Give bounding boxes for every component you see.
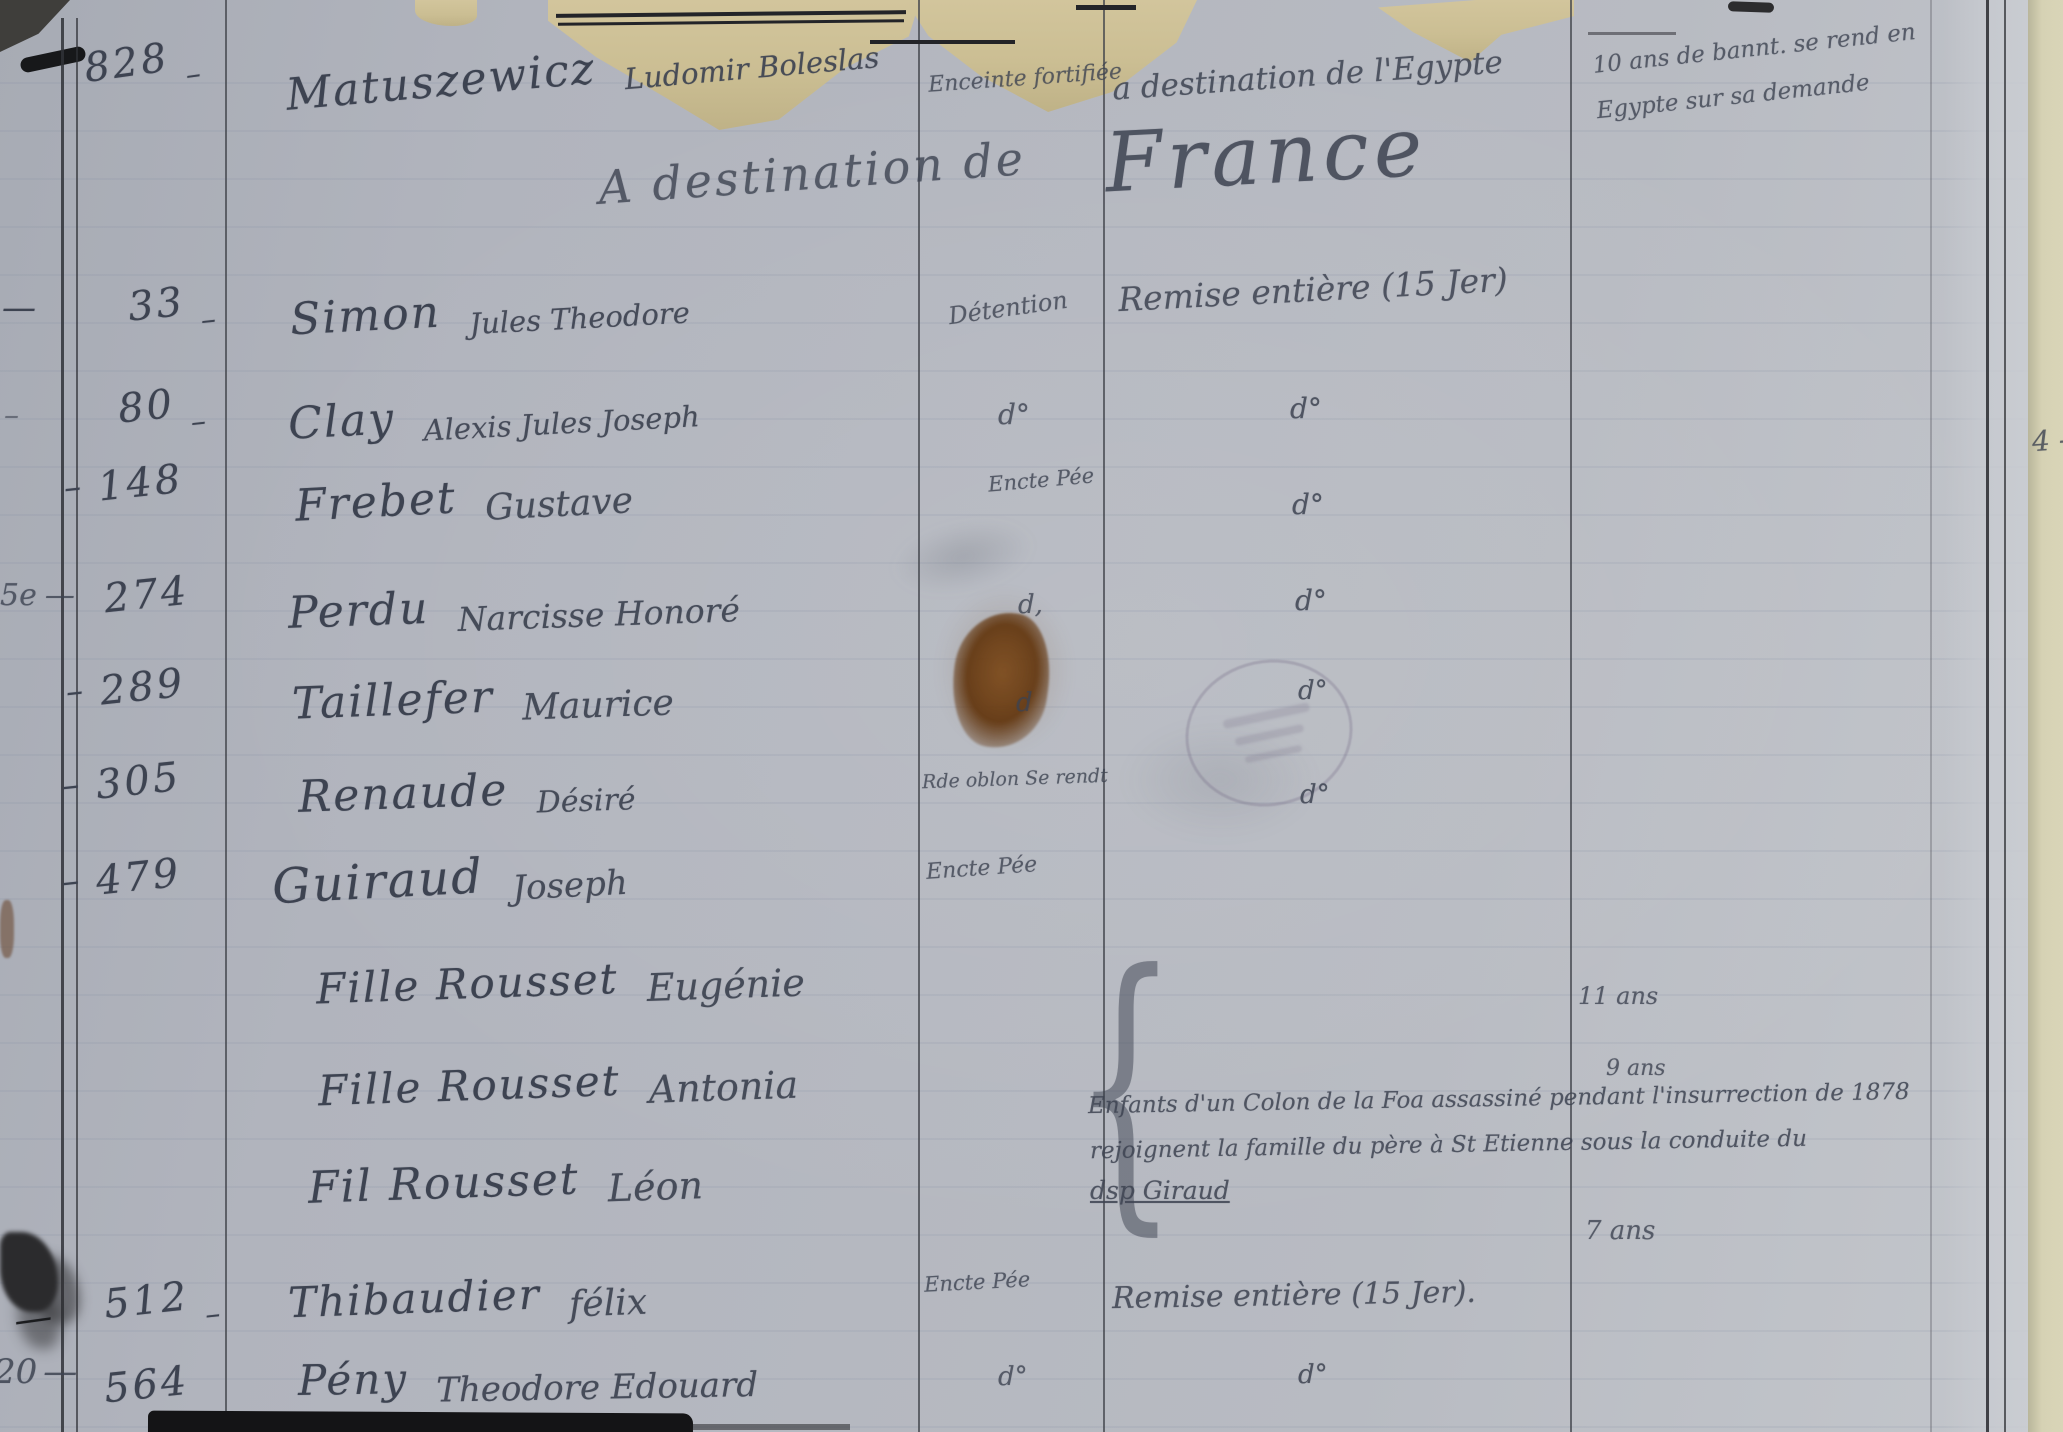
decision-cell: d° (1300, 780, 1330, 810)
heading-text: A destination de (597, 131, 1028, 215)
decision-cell: d° (1298, 676, 1328, 706)
sentence-text: Encte Pée (925, 852, 1038, 885)
family-note-line: dsp Giraud (1090, 1176, 1230, 1205)
column-rule (76, 18, 78, 1432)
margin-note-text: 20 (0, 1352, 37, 1392)
section-heading-country: France (1103, 100, 1430, 212)
entry-number: 512 (102, 1273, 192, 1328)
child-designation-surname: Fille Rousset (315, 954, 619, 1014)
sentence-cell: d° (998, 1362, 1028, 1392)
child-designation-surname: Fil Rousset (307, 1153, 580, 1213)
decision-cell: d° (1292, 488, 1324, 521)
sentence-cell: Encte Pée (987, 463, 1095, 496)
sentence-cell: Détention (947, 286, 1070, 330)
dash-mark: – (4, 398, 19, 433)
column-rule (61, 18, 64, 1432)
column-rule (2004, 0, 2006, 1432)
surname: Simon (289, 287, 442, 346)
table-row-name: Fille RoussetAntonia (317, 1050, 798, 1116)
dash-mark: – (199, 301, 221, 338)
decision-cell: Remise entière (15 Jer). (1112, 1275, 1477, 1316)
dark-corner-shadow (0, 0, 70, 52)
dark-edge-blob (1728, 1, 1774, 13)
heading-country-text: France (1103, 100, 1430, 212)
age-text: 7 ans (1585, 1216, 1655, 1246)
family-note-text: dsp Giraud (1090, 1176, 1230, 1205)
table-row-name: PényTheodore Edouard (298, 1348, 759, 1405)
margin-dash: – (4, 398, 19, 433)
bottom-black-bar (148, 1411, 693, 1432)
dash-mark: – (183, 56, 206, 93)
table-row-name: PerduNarcisse Honoré (287, 572, 740, 639)
age-note: 11 ans (1578, 982, 1658, 1010)
sentence-text: d, (1018, 590, 1043, 620)
underlying-page-strip (2028, 0, 2063, 1432)
page-crease-line (1930, 0, 1932, 1432)
surname: Frebet (294, 472, 458, 531)
table-row-name: Fil RoussetLéon (307, 1149, 703, 1214)
given-names: Maurice (521, 682, 674, 728)
register-page-photo: 828 – MatuszewiczLudomir Boleslas Encein… (0, 0, 2063, 1432)
destination-cell: a destination de l'Egypte (1111, 44, 1504, 107)
right-edge-mark: 4 - (2031, 423, 2063, 458)
section-heading: A destination de (597, 131, 1028, 215)
decision-text: d° (1292, 488, 1324, 521)
table-row-name: Thibaudierfélix (287, 1266, 647, 1327)
family-note-text: Enfants d'un Colon de la Foa assassiné p… (1088, 1079, 1910, 1119)
surname: Taillefer (291, 672, 494, 730)
table-row-name: ClayAlexis Jules Joseph (287, 377, 700, 449)
torn-paper-patch (415, 0, 477, 26)
table-row-name: FrebetGustave (294, 463, 634, 532)
surname: Clay (287, 393, 396, 450)
given-names: Jules Theodore (469, 296, 691, 341)
family-note-text: rejoignent la famille du père à St Etien… (1090, 1126, 1807, 1165)
header-rule (1588, 32, 1676, 35)
table-row-name: RenaudeDésiré (297, 760, 636, 823)
brace-glyph: { (1073, 911, 1178, 1260)
register-number: 512 – (102, 1270, 224, 1328)
register-number: 564 (102, 1358, 192, 1413)
decision-text: d° (1290, 392, 1322, 425)
surname: Perdu (287, 583, 430, 639)
dash-mark: — (2, 288, 36, 328)
dash-mark: – (60, 764, 84, 806)
decision-text: d° (1300, 780, 1330, 810)
decision-text: d° (1295, 584, 1327, 617)
age-note: 7 ans (1585, 1216, 1655, 1246)
column-rule (1986, 0, 1989, 1432)
dash-mark: – (62, 466, 86, 508)
column-rule (1570, 0, 1572, 1432)
given-names: Gustave (484, 480, 634, 529)
decision-text: Remise entière (15 Jer) (1117, 260, 1508, 319)
age-text: 11 ans (1578, 982, 1658, 1010)
register-number: – 289 (64, 660, 188, 718)
register-number: 33 – (126, 275, 219, 330)
sentence-cell: d° (998, 398, 1030, 431)
surname: Thibaudier (287, 1269, 541, 1327)
age-text: 9 ans (1606, 1056, 1666, 1081)
given-names: Désiré (536, 782, 636, 820)
entry-number: 148 (96, 456, 186, 511)
register-number: 274 (102, 568, 192, 623)
entry-number: 564 (102, 1358, 192, 1413)
sentence-text: d° (998, 1362, 1028, 1392)
sentence-text: d (1016, 688, 1033, 718)
decision-cell: Remise entière (15 Jer) (1117, 260, 1508, 319)
surname: Guiraud (271, 848, 485, 915)
sentence-text: d° (998, 398, 1030, 431)
header-rule (1076, 5, 1136, 10)
destination-text: a destination de l'Egypte (1111, 44, 1504, 107)
register-number: 80 – (116, 377, 209, 432)
family-note-line: Enfants d'un Colon de la Foa assassiné p… (1088, 1079, 1910, 1119)
entry-number: 479 (94, 850, 184, 905)
dash-mark: – (64, 670, 88, 712)
given-names: Alexis Jules Joseph (423, 399, 701, 447)
given-names: Joseph (511, 863, 628, 909)
sentence-text: Détention (947, 286, 1070, 330)
dash-mark: – (60, 860, 84, 902)
margin-dash: — (11, 1294, 55, 1343)
observation-text: Egypte sur sa demande (1595, 70, 1870, 125)
child-designation-surname: Fille Rousset (317, 1056, 621, 1116)
entry-number: 305 (94, 754, 184, 809)
table-row-name: SimonJules Theodore (289, 274, 690, 346)
decision-text: d° (1298, 1360, 1328, 1390)
dash-mark: — (43, 1352, 77, 1392)
sentence-cell: Encte Pée (923, 1267, 1030, 1297)
age-note: 9 ans (1606, 1056, 1666, 1081)
surname: Pény (298, 1354, 409, 1405)
register-number: – 148 (62, 456, 186, 514)
sentence-text: Encte Pée (987, 463, 1095, 496)
entry-number: 274 (102, 568, 192, 623)
dash-mark: — (45, 578, 75, 613)
given-names: Narcisse Honoré (457, 590, 741, 639)
margin-note: 5e— (0, 578, 75, 613)
right-edge-mark-text: 4 - (2031, 423, 2063, 458)
decision-cell: d° (1298, 1360, 1328, 1390)
entry-number: 289 (98, 660, 188, 715)
decision-cell: d° (1290, 392, 1322, 425)
table-row-name: GuiraudJoseph (271, 841, 629, 916)
decision-cell: d° (1295, 584, 1327, 617)
dash-mark: — (11, 1294, 55, 1343)
register-number: 828 – (81, 30, 204, 92)
margin-dash: — (2, 288, 36, 328)
sentence-cell: d, (1018, 590, 1043, 620)
margin-note-text: 5e (0, 578, 37, 613)
dash-mark: – (189, 403, 211, 440)
family-note-line: rejoignent la famille du père à St Etien… (1090, 1126, 1807, 1165)
header-rule (870, 40, 1015, 44)
decision-text: d° (1298, 676, 1328, 706)
given-names: Theodore Edouard (436, 1365, 758, 1411)
given-names: félix (568, 1282, 647, 1326)
dash-mark: – (203, 1296, 225, 1333)
margin-note: 20— (0, 1352, 77, 1392)
decision-text: Remise entière (15 Jer). (1112, 1275, 1477, 1316)
entry-number: 80 (116, 381, 177, 433)
sentence-text: Encte Pée (923, 1267, 1030, 1297)
entry-number: 828 (81, 35, 172, 92)
entry-number: 33 (126, 279, 187, 331)
surname: Matuszewicz (284, 43, 598, 121)
register-number: – 305 (60, 754, 184, 812)
bottom-dark-line (690, 1424, 850, 1430)
sentence-cell: d (1016, 688, 1033, 718)
given-names: Léon (607, 1163, 704, 1210)
column-rule (225, 0, 227, 1432)
register-number: – 479 (60, 850, 184, 908)
sentence-cell: Encte Pée (925, 852, 1038, 885)
given-names: Antonia (648, 1063, 799, 1112)
table-row-name: TailleferMaurice (291, 665, 674, 729)
surname: Renaude (297, 765, 509, 823)
table-row-name: Fille RoussetEugénie (315, 947, 805, 1013)
given-names: Eugénie (646, 960, 806, 1009)
brown-edge-smudge (0, 900, 14, 958)
observation-line: Egypte sur sa demande (1595, 70, 1870, 125)
